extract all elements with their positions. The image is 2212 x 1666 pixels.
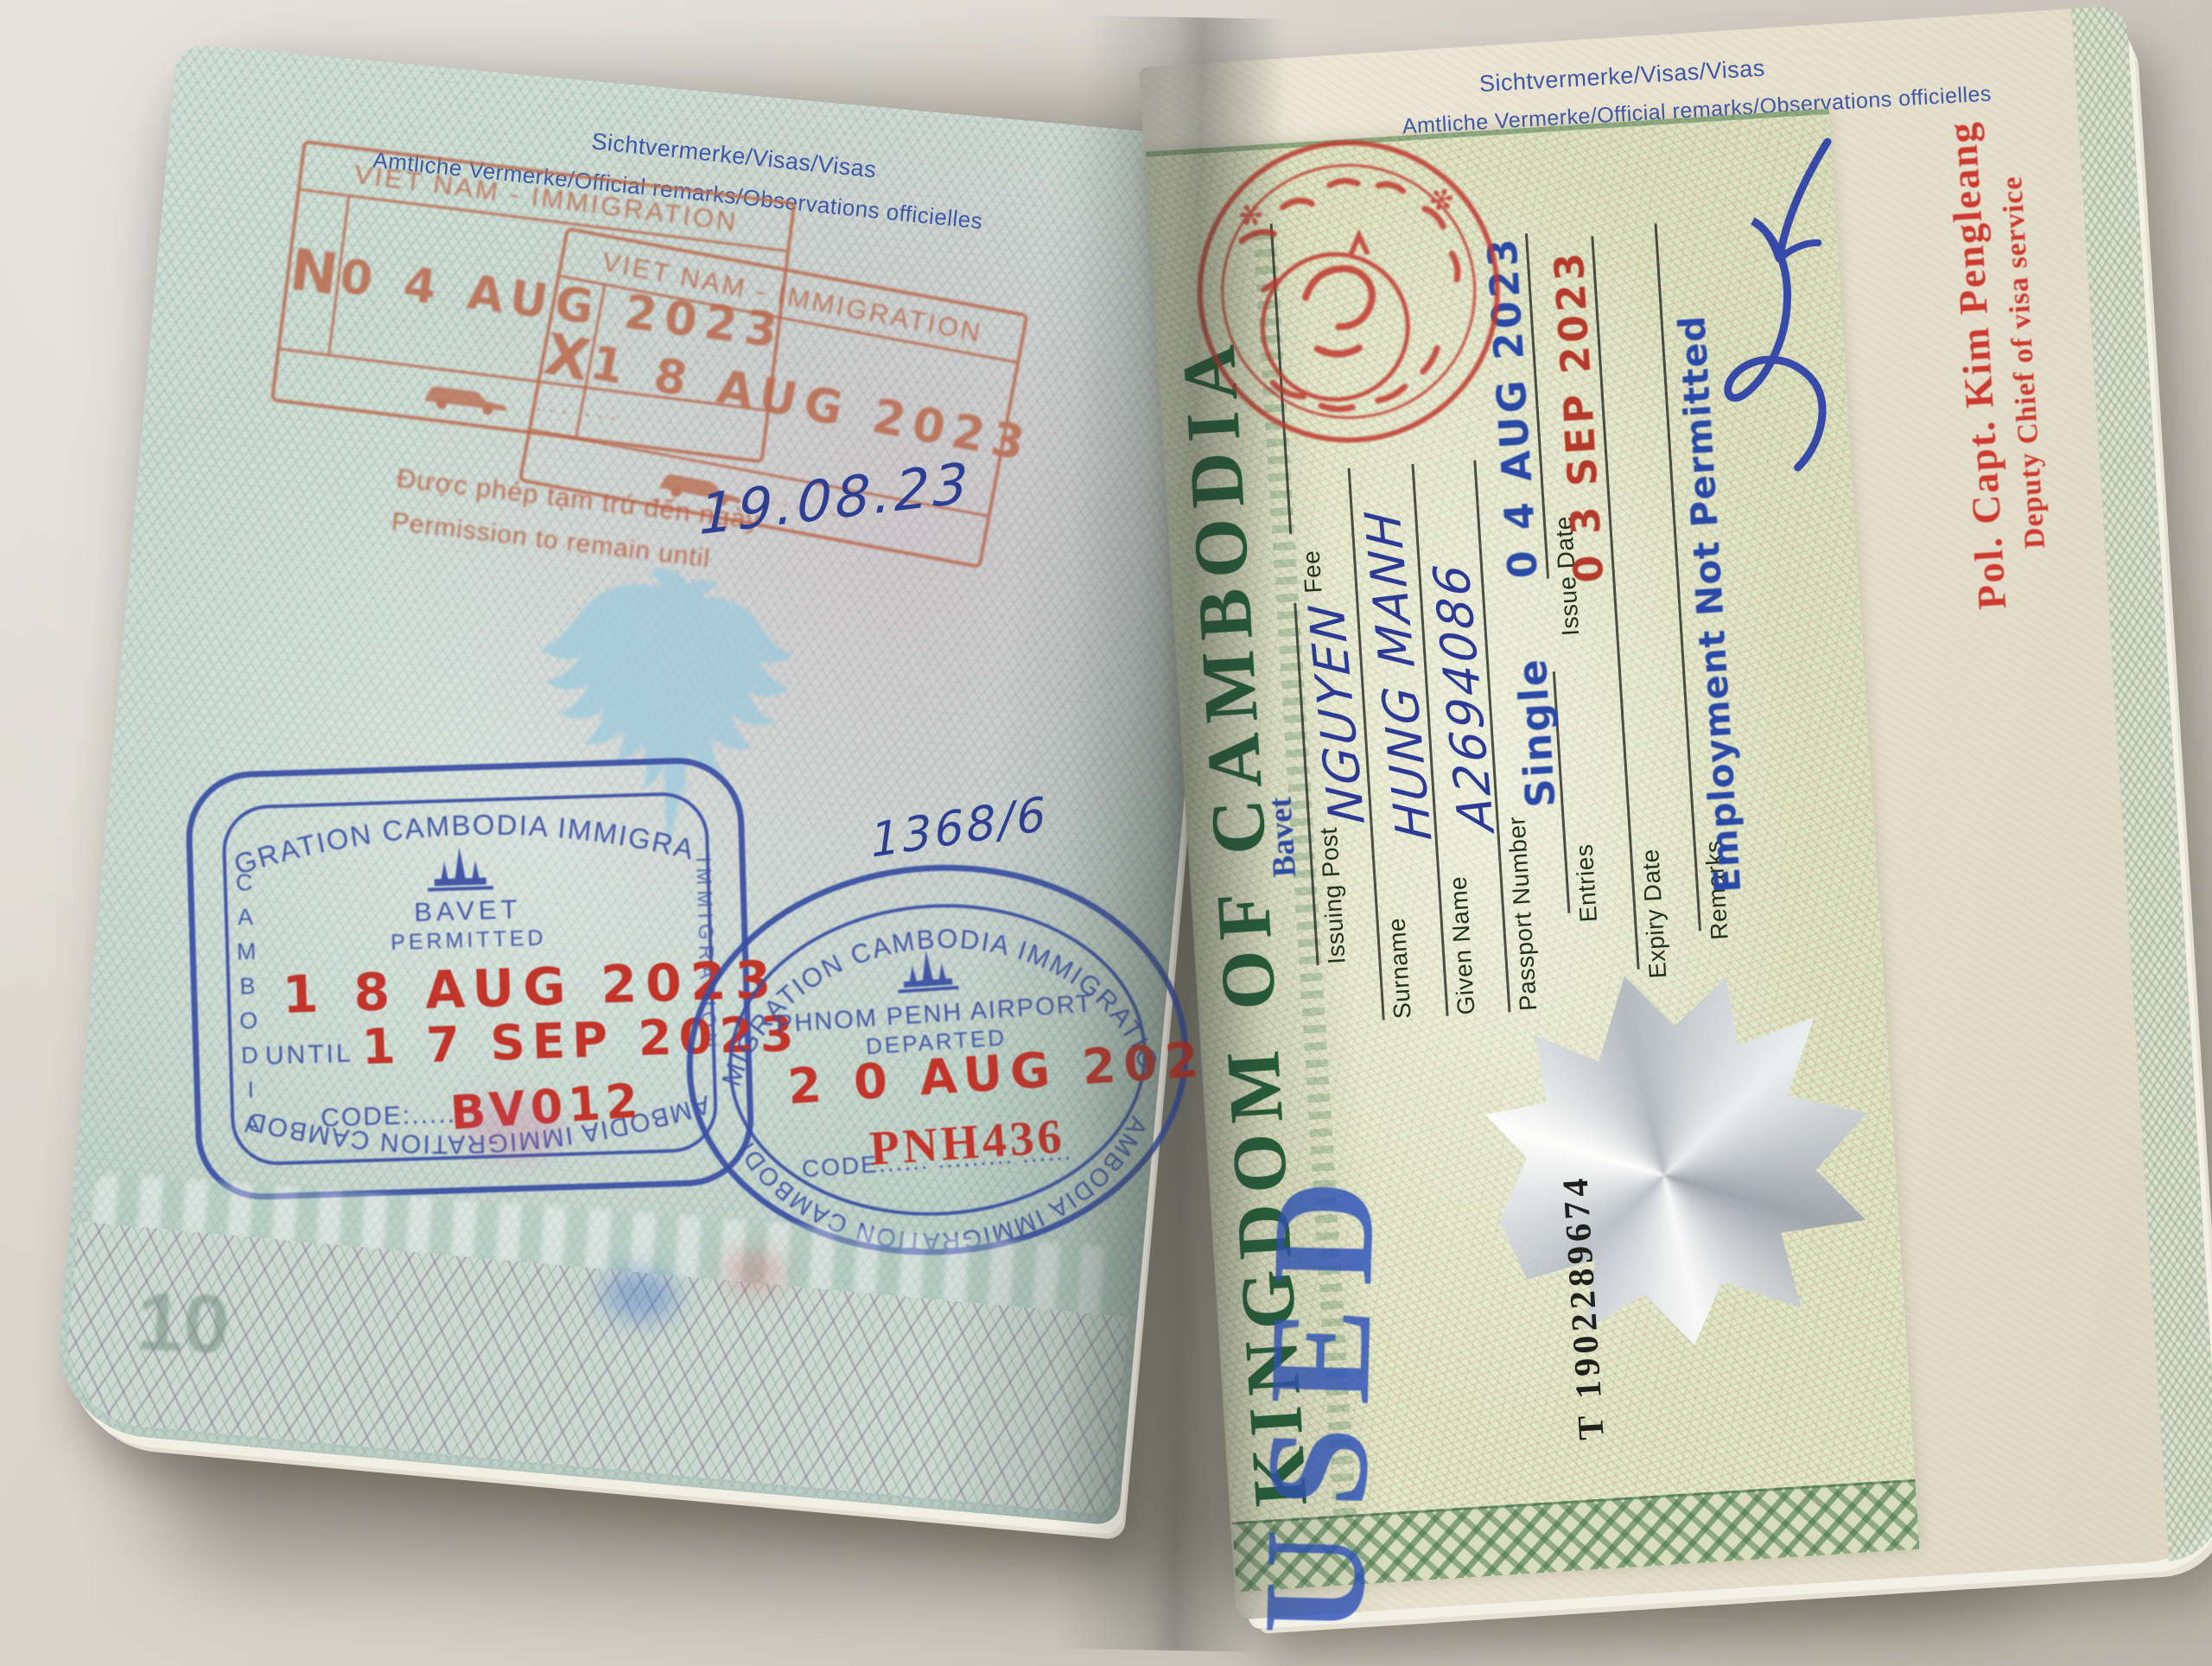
entries-line — [1553, 671, 1571, 913]
issuing-post-label: Issuing Post — [1315, 826, 1351, 964]
surname-label: Surname — [1382, 917, 1416, 1020]
permission-line-english: Permission to remain until — [390, 507, 908, 597]
expiry-date-line — [1591, 236, 1639, 970]
cambodia-arrival-ring-bottom: CAMBODIA IMMIGRATION CAMBODIA — [181, 752, 715, 1167]
vietnam-exit-port-dots: ··· ··· — [766, 487, 857, 530]
left-page-number: 10 — [136, 1275, 232, 1373]
car-icon — [652, 464, 750, 511]
cambodia-arrival-status: PERMITTED — [186, 919, 753, 963]
given-name-line — [1411, 464, 1448, 1016]
passport-number-line — [1473, 460, 1510, 1012]
cambodia-arrival-ring-right: IMMIGRATION — [690, 856, 721, 1053]
fee-label: Fee — [1298, 550, 1328, 595]
cambodia-arrival-stamp: IMMIGRATION CAMBODIA IMMIGRATION CAMBODI… — [181, 752, 760, 1205]
svg-text:IMMIGRATION CAMBODIA IMMIGRATI: IMMIGRATION CAMBODIA IMMIGRATION — [181, 752, 698, 883]
eagle-watermark-icon — [508, 527, 851, 917]
passport-photo: Sichtvermerke/Visas/Visas Amtliche Verme… — [0, 0, 2212, 1666]
left-page-wave-band — [91, 1173, 1122, 1326]
issuing-post-line — [1294, 603, 1319, 965]
angkor-hologram-patch — [1477, 953, 1889, 1357]
remarks-label: Remarks — [1700, 839, 1734, 940]
vietnam-exit-stamp: VIET NAM - IMMIGRATION X 1 8 AUG 2023 ··… — [518, 226, 1029, 569]
handwritten-stay-date: 19.08.23 — [699, 451, 972, 548]
vietnam-entry-stamp-frame: VIET NAM - IMMIGRATION N 0 4 AUG 2023 ··… — [270, 140, 797, 464]
passport-number-label: Passport Number — [1503, 816, 1542, 1012]
passport-number-value: A2694086 — [1423, 561, 1506, 832]
right-page-edge-pattern — [2071, 5, 2212, 1561]
cambodia-arrival-stamp-frame: IMMIGRATION CAMBODIA IMMIGRATION CAMBODI… — [181, 752, 760, 1205]
left-page-header-line2: Amtliche Vermerke/Official remarks/Obser… — [372, 146, 984, 235]
vietnam-exit-date: 1 8 AUG 2023 — [577, 286, 1046, 520]
angkor-temple-icon — [896, 949, 959, 994]
ink-smudge — [723, 1247, 787, 1295]
cambodia-arrival-until-date: 1 7 SEP 2023 — [361, 1006, 802, 1076]
right-page-header-line1: Sichtvermerke/Visas/Visas — [1478, 55, 1765, 98]
expiry-date-label: Expiry Date — [1637, 848, 1672, 979]
vietnam-entry-stamp: VIET NAM - IMMIGRATION N 0 4 AUG 2023 ··… — [270, 140, 797, 464]
cambodia-arrival-code: BV012 — [448, 1073, 645, 1141]
passport-right-page: Sichtvermerke/Visas/Visas Amtliche Verme… — [1139, 5, 2212, 1619]
cambodia-departure-code-label: CODE...... ......... ...... — [801, 1138, 1073, 1184]
expiry-date-value: 0 3 SEP 2023 — [1545, 248, 1612, 584]
cambodia-departure-status: DEPARTED — [865, 1024, 1007, 1059]
officer-name: Pol. Capt. Kim Pengleang — [1935, 58, 2019, 673]
vietnam-entry-stamp-title: VIET NAM - IMMIGRATION — [301, 143, 792, 250]
remarks-line — [1655, 224, 1701, 932]
cambodia-departure-post: PHNOM PENH AIRPORT — [775, 990, 1094, 1039]
officer-signature — [1697, 122, 1919, 514]
vietnam-permission-note: Được phép tạm trú đến ngày Permission to… — [390, 462, 913, 596]
surname-value: NGUYEN — [1299, 601, 1377, 824]
entries-value: Single — [1509, 657, 1565, 810]
surname-line — [1348, 468, 1385, 1021]
permission-line-vietnamese: Được phép tạm trú đến ngày — [395, 462, 913, 554]
visa-serial-number: T 1902289674 — [1554, 1173, 1612, 1441]
vietnam-entry-date: 0 4 AUG 2023 — [330, 197, 794, 410]
angkor-temple-icon — [427, 846, 494, 891]
remarks-value: Employment Not Permitted — [1670, 314, 1749, 893]
vietnam-entry-port-dots: ··· ··· — [533, 393, 623, 430]
ink-smudge — [599, 1267, 681, 1326]
given-name-label: Given Name — [1445, 875, 1481, 1015]
issue-date-label: Issue Date — [1550, 515, 1586, 637]
left-page-header-line1: Sichtvermerke/Visas/Visas — [590, 128, 878, 183]
car-icon — [416, 378, 514, 419]
vietnam-exit-stamp-title: VIET NAM - IMMIGRATION — [561, 231, 1025, 361]
vietnam-exit-stamp-frame: VIET NAM - IMMIGRATION X 1 8 AUG 2023 ··… — [518, 226, 1029, 569]
officer-title: Deputy Chief of visa service — [1988, 55, 2060, 670]
entries-label: Entries — [1570, 843, 1603, 923]
given-name-value: HUNG MANH — [1355, 508, 1444, 842]
visa-border-band — [1232, 1479, 1920, 1593]
handwritten-number-note: 1368/6 — [869, 786, 1050, 868]
svg-text:CAMBODIA IMMIGRATION CAMBODIA: CAMBODIA IMMIGRATION CAMBODIA — [181, 752, 715, 1167]
officer-stamp: Pol. Capt. Kim Pengleang Deputy Chief of… — [1935, 53, 2102, 673]
cambodia-arrival-until-label: UNTIL — [264, 1039, 353, 1071]
cambodia-arrival-date: 1 8 AUG 2023 — [282, 950, 781, 1026]
cambodia-arrival-code-label: CODE:...... — [321, 1099, 466, 1133]
vietnam-exit-direction-letter: X — [531, 277, 606, 437]
svg-text:✻: ✻ — [1424, 181, 1459, 220]
cambodia-arrival-ring-top: IMMIGRATION CAMBODIA IMMIGRATION — [181, 752, 698, 883]
vietnam-entry-direction-letter: N — [281, 191, 351, 354]
cambodia-departure-code: PNH436 — [868, 1109, 1067, 1177]
issue-date-line — [1525, 233, 1549, 578]
right-page-header-line2: Amtliche Vermerke/Official remarks/Obser… — [1402, 82, 1993, 140]
spine-fold-shadow — [1053, 16, 1298, 1652]
cambodia-arrival-ring-left: CAMBODIA — [230, 869, 265, 1147]
cambodia-arrival-post: BAVET — [184, 887, 751, 936]
ink-smudge — [458, 1093, 567, 1163]
issue-date-value: 0 4 AUG 2023 — [1478, 234, 1547, 580]
